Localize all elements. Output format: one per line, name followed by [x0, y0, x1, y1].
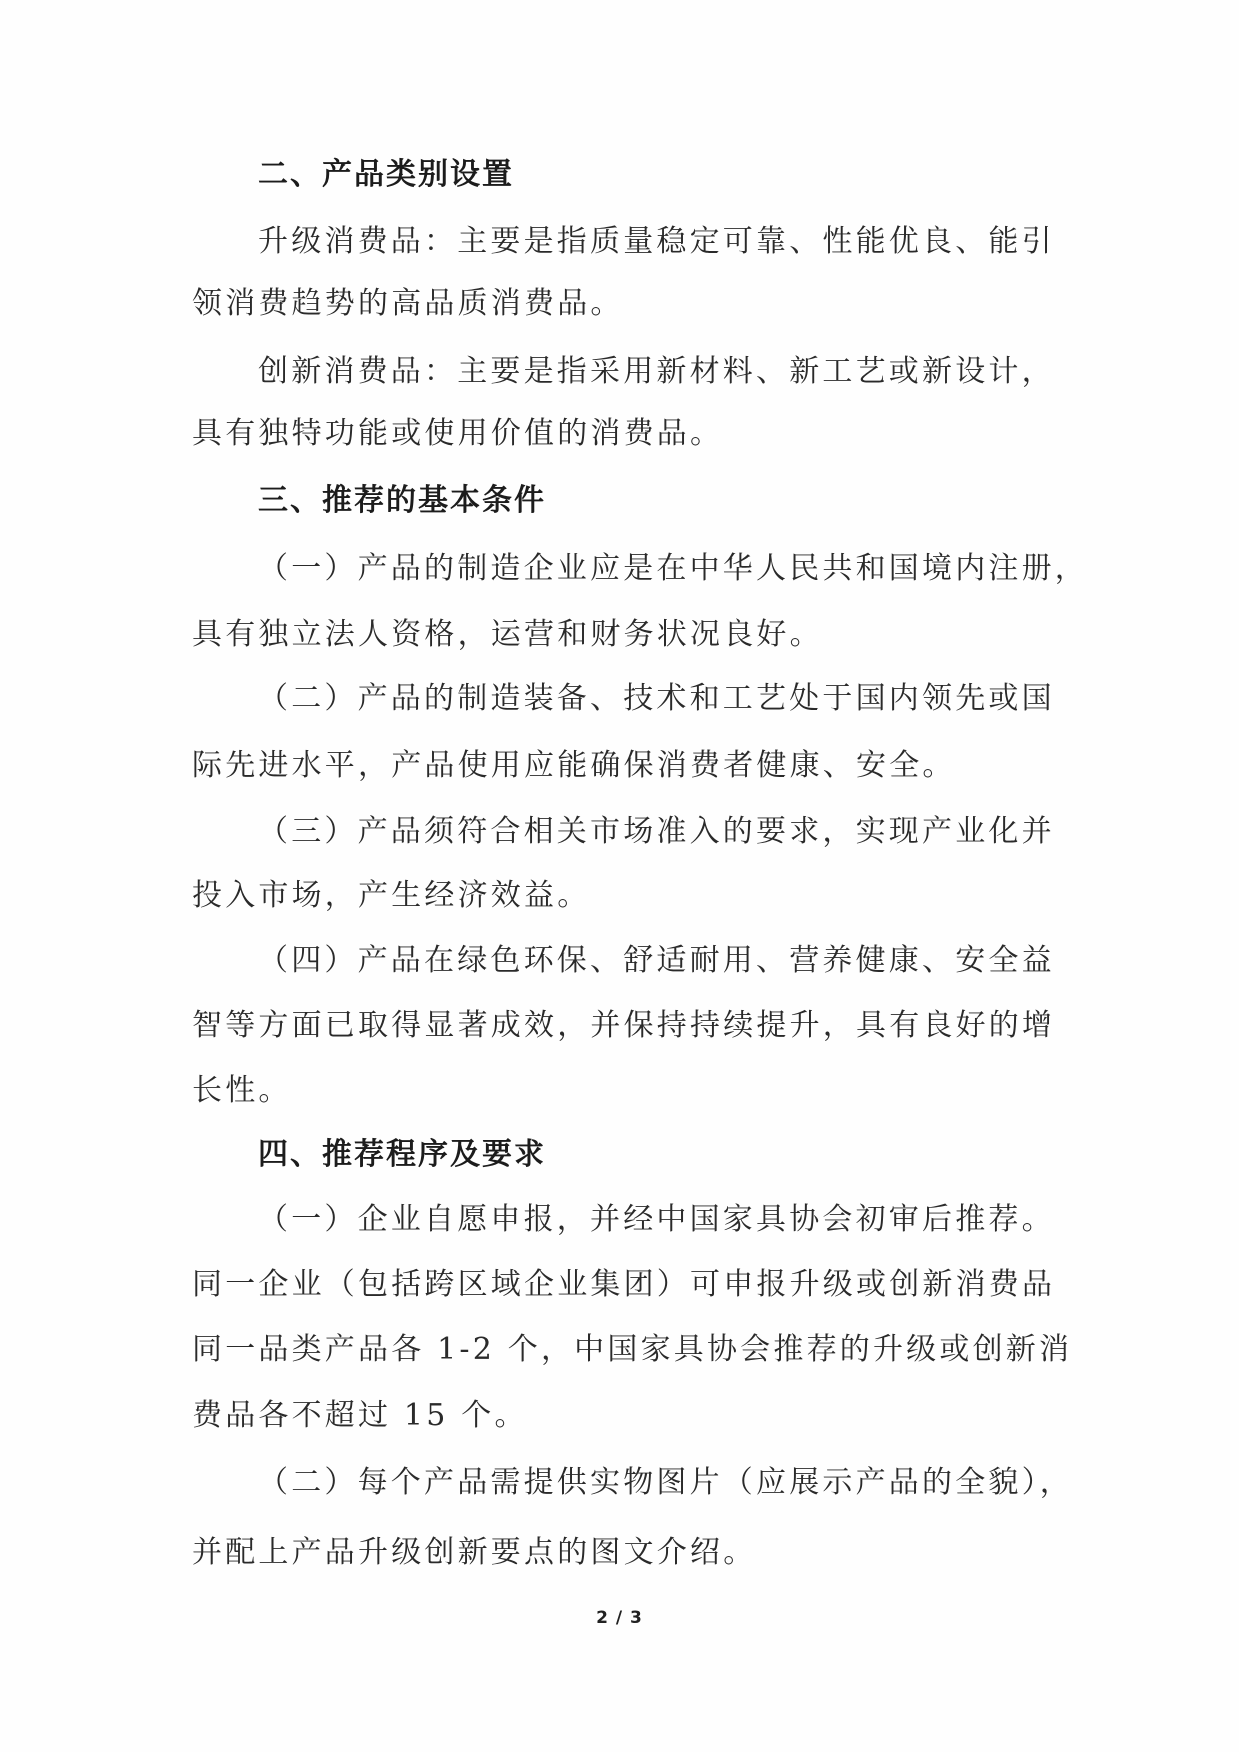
condition-3: （三）产品须符合相关市场准入的要求，实现产业化并 — [258, 812, 1053, 852]
condition-2: （二）产品的制造装备、技术和工艺处于国内领先或国 — [258, 679, 1053, 719]
section-heading-conditions: 三、推荐的基本条件 — [258, 481, 1118, 521]
procedure-1-cont: 同一企业（包括跨区域企业集团）可申报升级或创新消费品 — [192, 1265, 1052, 1305]
paragraph-upgrade-definition: 升级消费品：主要是指质量稳定可靠、性能优良、能引 — [258, 222, 1053, 262]
paragraph-innovation-definition: 创新消费品：主要是指采用新材料、新工艺或新设计， — [258, 352, 1053, 392]
procedure-2: （二）每个产品需提供实物图片（应展示产品的全貌）， — [258, 1463, 1053, 1503]
paragraph-innovation-definition-cont: 具有独特功能或使用价值的消费品。 — [192, 414, 1052, 454]
paragraph-upgrade-definition-cont: 领消费趋势的高品质消费品。 — [192, 284, 1052, 324]
condition-3-cont: 投入市场，产生经济效益。 — [192, 876, 1052, 916]
procedure-1-cont-2: 同一品类产品各 1-2 个，中国家具协会推荐的升级或创新消 — [192, 1330, 1052, 1370]
page-number: 2 / 3 — [0, 1608, 1239, 1628]
section-heading-procedure: 四、推荐程序及要求 — [258, 1135, 1118, 1175]
condition-1-cont: 具有独立法人资格，运营和财务状况良好。 — [192, 615, 1052, 655]
condition-4-cont: 智等方面已取得显著成效，并保持持续提升，具有良好的增 — [192, 1006, 1052, 1046]
procedure-2-cont: 并配上产品升级创新要点的图文介绍。 — [192, 1533, 1052, 1573]
document-page: 二、产品类别设置 升级消费品：主要是指质量稳定可靠、性能优良、能引 领消费趋势的… — [0, 0, 1239, 1752]
procedure-1: （一）企业自愿申报，并经中国家具协会初审后推荐。 — [258, 1200, 1053, 1240]
condition-4-cont-2: 长性。 — [192, 1071, 1052, 1111]
procedure-1-cont-3: 费品各不超过 15 个。 — [192, 1396, 1052, 1436]
condition-2-cont: 际先进水平，产品使用应能确保消费者健康、安全。 — [192, 746, 1052, 786]
condition-1: （一）产品的制造企业应是在中华人民共和国境内注册， — [258, 549, 1053, 589]
condition-4: （四）产品在绿色环保、舒适耐用、营养健康、安全益 — [258, 941, 1053, 981]
section-heading-category: 二、产品类别设置 — [258, 155, 1118, 195]
